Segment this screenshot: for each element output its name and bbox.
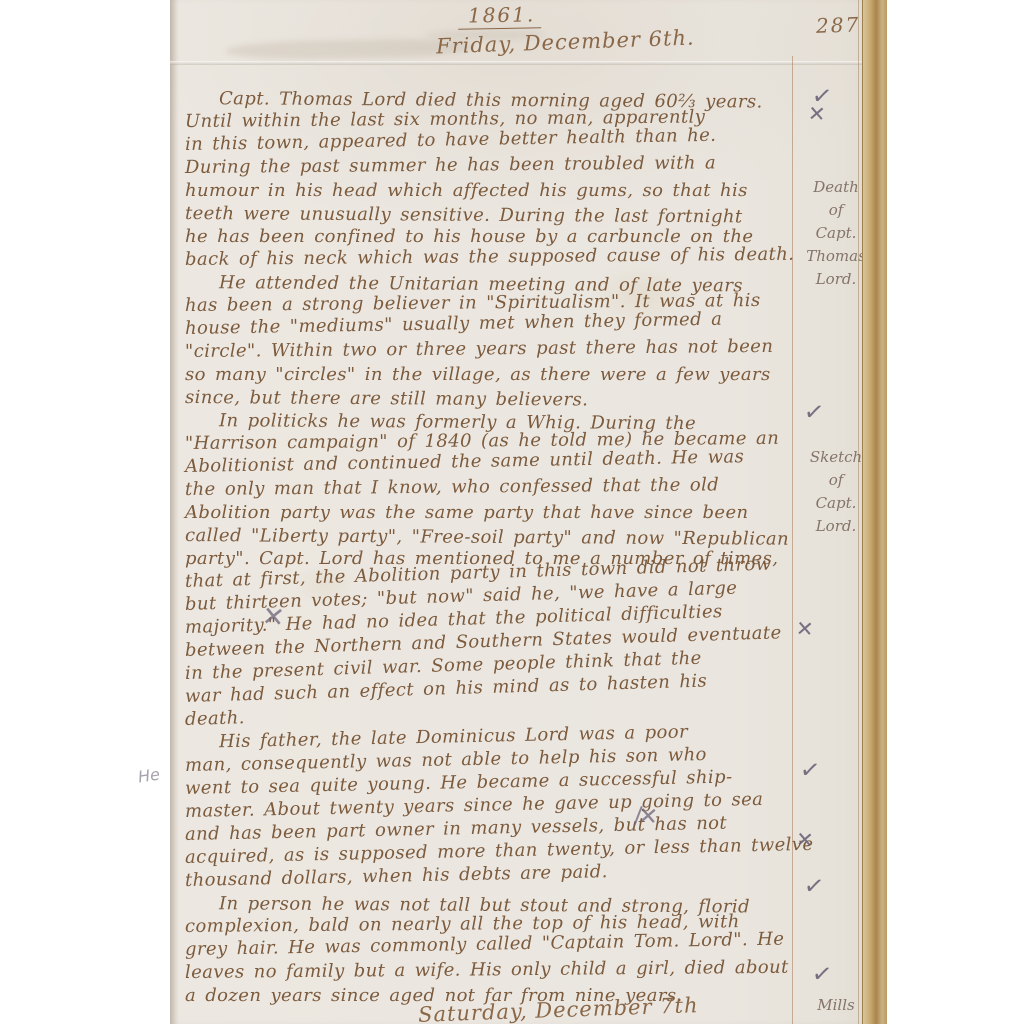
pencil-edge-scribble: He — [137, 765, 161, 787]
entry-body: Capt. Thomas Lord died this morning aged… — [185, 87, 787, 1007]
margin-check-mark-icon: ✓ — [798, 755, 822, 786]
manuscript-page: 1861. 287. Friday, December 6th. Capt. T… — [170, 0, 886, 1024]
page-left-edge — [170, 0, 179, 1024]
paragraph: In person he was not tall but stout and … — [185, 892, 787, 1007]
margin-x-mark-icon: ✕ — [807, 101, 826, 126]
paragraph: His father, the late Dominicus Lord was … — [185, 731, 787, 892]
page-right-edge — [862, 0, 887, 1024]
manuscript-line: During the past summer he has been troub… — [185, 151, 787, 179]
manuscript-line: "circle". Within two or three years past… — [185, 335, 787, 363]
manuscript-line: back of his neck which was the supposed … — [185, 243, 787, 271]
paragraph: Capt. Thomas Lord died this morning aged… — [185, 87, 787, 271]
margin-x-mark-icon: ✕ — [795, 616, 814, 641]
manuscript-line: teeth were unusually sensitive. During t… — [185, 202, 787, 229]
manuscript-line: humour in his head which affected his gu… — [185, 179, 787, 202]
year-heading: 1861. — [458, 2, 542, 29]
paragraph: In politicks he was formerly a Whig. Dur… — [185, 409, 787, 731]
margin-check-mark-icon: ✓ — [802, 871, 826, 902]
margin-x-mark-icon: ✕ — [795, 827, 814, 852]
manuscript-line: so many "circles" in the village, as the… — [185, 363, 787, 386]
page-right-edge-line — [858, 0, 859, 1024]
margin-check-mark-icon: ✓ — [810, 959, 834, 990]
margin-check-mark-icon: ✓ — [802, 397, 826, 428]
crease-line — [170, 61, 862, 65]
manuscript-line: leaves no family but a wife. His only ch… — [185, 956, 787, 984]
manuscript-line: Abolition party was the same party that … — [185, 501, 787, 524]
margin-rule — [792, 56, 793, 1024]
manuscript-line: called "Liberty party", "Free-soil party… — [185, 524, 787, 551]
photo-background: 1861. 287. Friday, December 6th. Capt. T… — [0, 0, 1024, 1024]
manuscript-line: the only man that I know, who confessed … — [185, 473, 787, 501]
paragraph: He attended the Unitarian meeting and of… — [185, 271, 787, 409]
